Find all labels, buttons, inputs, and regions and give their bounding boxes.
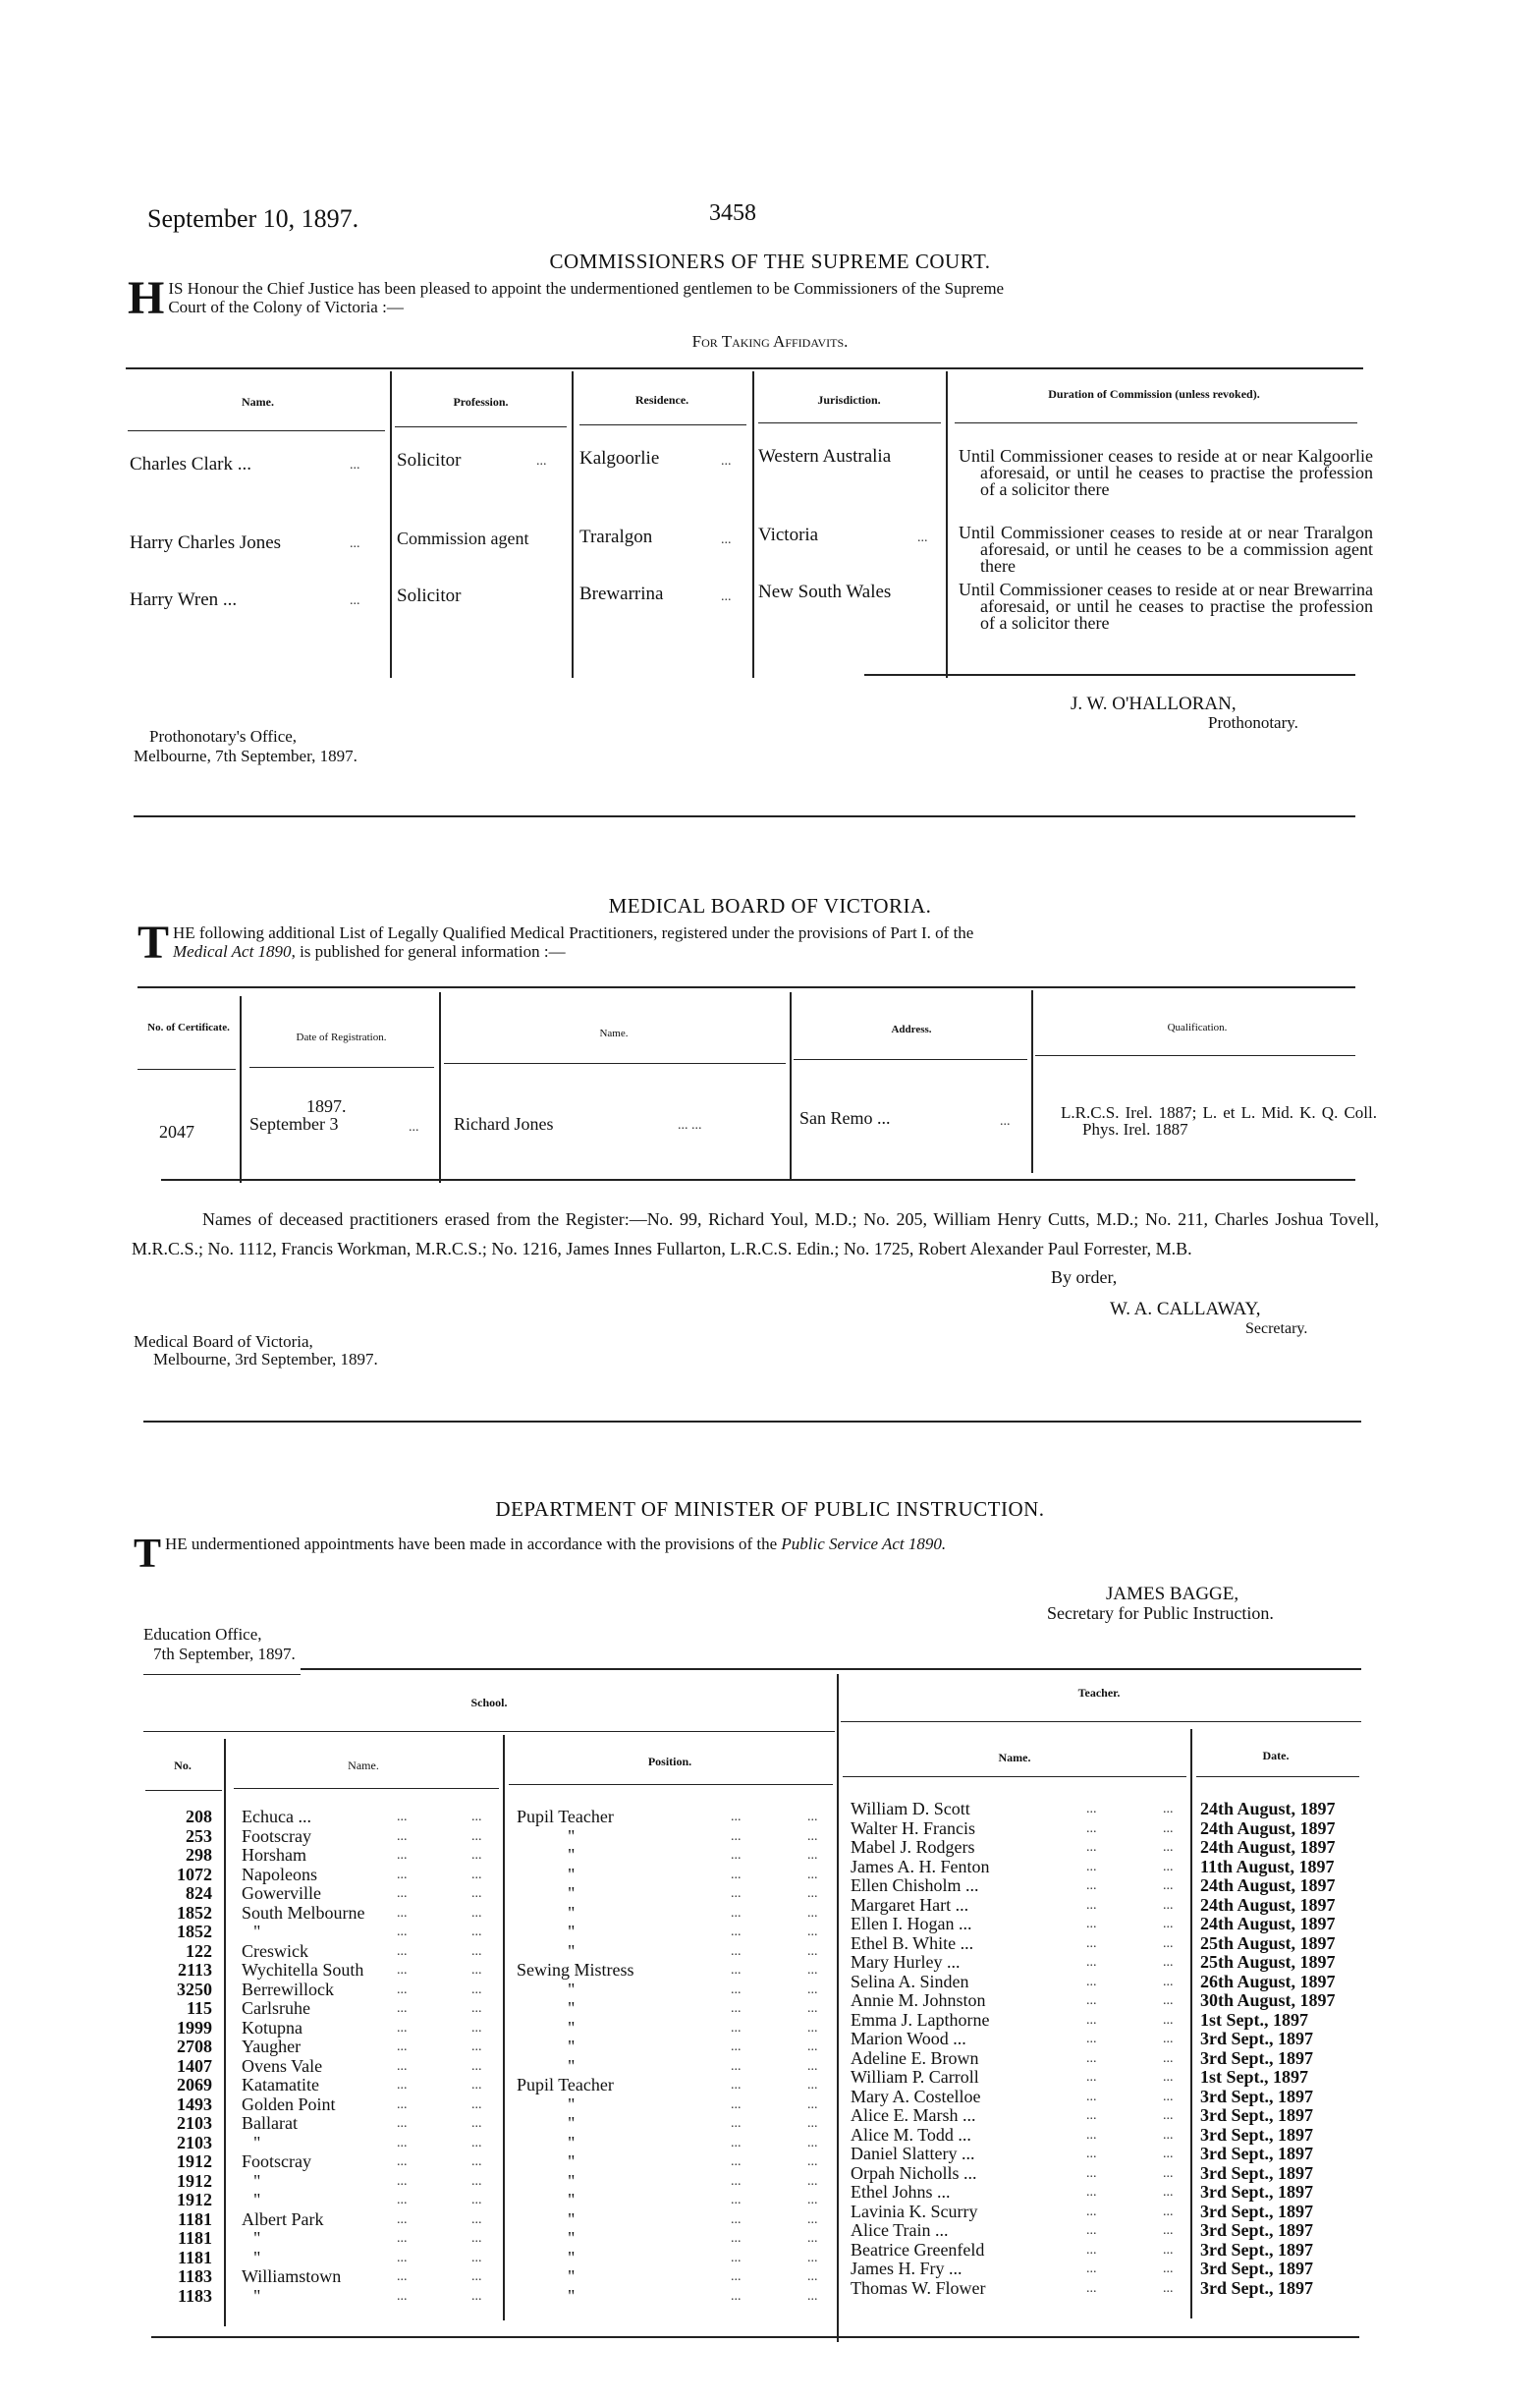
leader-dots: ... bbox=[471, 2229, 482, 2249]
intro-line: Court of the Colony of Victoria :— bbox=[128, 298, 1365, 316]
leader-dots: ... bbox=[397, 2152, 408, 2172]
date-cell: 3rd Sept., 1897 bbox=[1200, 2049, 1313, 2069]
leader-dots: ... bbox=[471, 1923, 482, 1942]
leader-dots: ... bbox=[807, 1884, 818, 1904]
school-number-cell: 1181 bbox=[143, 2249, 212, 2268]
leader-dots: ... bbox=[731, 2287, 742, 2307]
leader-dots: ... bbox=[397, 2019, 408, 2038]
school-number-cell: 122 bbox=[143, 1942, 212, 1962]
column-header: Profession. bbox=[392, 395, 570, 410]
leader-dots: ... bbox=[1086, 1876, 1097, 1896]
date-cell: 24th August, 1897 bbox=[1200, 1800, 1336, 1819]
school-name-cell: Williamstown bbox=[242, 2267, 341, 2287]
intro-line: HE following additional List of Legally … bbox=[137, 923, 1375, 942]
column-header: Name. bbox=[226, 1759, 501, 1773]
office-address: Prothonotary's Office, bbox=[149, 727, 297, 747]
teacher-name-cell: Ethel B. White ... bbox=[851, 1934, 973, 1954]
school-number-cell: 298 bbox=[143, 1846, 212, 1866]
group-header-teacher: Teacher. bbox=[839, 1686, 1359, 1701]
position-cell: " bbox=[568, 1981, 575, 2000]
date-cell: 3rd Sept., 1897 bbox=[1200, 2106, 1313, 2126]
position-cell: " bbox=[568, 2267, 575, 2287]
leader-dots: ... bbox=[807, 2229, 818, 2249]
leader-dots: ... bbox=[1163, 2221, 1174, 2241]
leader-dots: ... bbox=[1086, 1915, 1097, 1934]
name-cell: Richard Jones bbox=[454, 1114, 553, 1135]
section-title: COMMISSIONERS OF THE SUPREME COURT. bbox=[0, 250, 1540, 274]
teacher-name-cell: Ellen I. Hogan ... bbox=[851, 1915, 971, 1934]
section-subtitle: For Taking Affidavits. bbox=[0, 332, 1540, 352]
leader-dots: ... bbox=[807, 1866, 818, 1885]
leader-dots: ... bbox=[731, 1827, 742, 1847]
leader-dots: ... bbox=[1086, 2049, 1097, 2069]
signatory-title: Secretary for Public Instruction. bbox=[1047, 1603, 1274, 1624]
qualification-cell: L.R.C.S. Irel. 1887; L. et L. Mid. K. Q.… bbox=[1061, 1104, 1377, 1138]
school-name-cell: " bbox=[253, 2287, 260, 2307]
teacher-name-cell: Alice Train ... bbox=[851, 2221, 949, 2241]
leader-dots: ... bbox=[471, 2038, 482, 2057]
column-header: Duration of Commission (unless revoked). bbox=[948, 387, 1360, 402]
school-name-cell: South Melbourne bbox=[242, 1904, 365, 1924]
school-number-cell: 1912 bbox=[143, 2191, 212, 2210]
leader-dots: ... bbox=[471, 2267, 482, 2287]
column-header: Name. bbox=[128, 395, 388, 410]
position-cell: Sewing Mistress bbox=[517, 1961, 634, 1981]
leader-dots: ... bbox=[731, 1846, 742, 1866]
school-name-cell: Gowerville bbox=[242, 1884, 321, 1904]
office-date: 7th September, 1897. bbox=[153, 1645, 296, 1664]
leader-dots: ... bbox=[731, 1961, 742, 1981]
school-name-cell: Footscray bbox=[242, 2152, 311, 2172]
school-number-cell: 1183 bbox=[143, 2287, 212, 2307]
intro-text: , is published for general information :… bbox=[292, 942, 566, 961]
leader-dots: ... bbox=[397, 2172, 408, 2192]
teacher-name-cell: Selina A. Sinden bbox=[851, 1973, 969, 1992]
teacher-name-cell: Alice E. Marsh ... bbox=[851, 2106, 975, 2126]
leader-dots: ... bbox=[397, 2114, 408, 2134]
school-number-cell: 2103 bbox=[143, 2114, 212, 2134]
leader-dots: ... bbox=[471, 1999, 482, 2019]
leader-dots: ... bbox=[731, 2134, 742, 2153]
leader-dots: ... bbox=[1086, 2221, 1097, 2241]
leader-dots: ... bbox=[1163, 2126, 1174, 2146]
leader-dots: ... bbox=[807, 2172, 818, 2192]
leader-dots: ... bbox=[1163, 1800, 1174, 1819]
position-cell: " bbox=[568, 2134, 575, 2153]
deceased-note: Names of deceased practitioners erased f… bbox=[132, 1204, 1379, 1263]
leader-dots: ... bbox=[350, 536, 360, 552]
leader-dots: ... bbox=[397, 2210, 408, 2230]
leader-dots: ... bbox=[1086, 2126, 1097, 2146]
by-order: By order, bbox=[1051, 1267, 1117, 1288]
column-header: Date. bbox=[1192, 1749, 1359, 1763]
date-cell: 3rd Sept., 1897 bbox=[1200, 2260, 1313, 2279]
drop-cap: T bbox=[137, 923, 169, 963]
office-date: Melbourne, 7th September, 1897. bbox=[134, 747, 357, 766]
duration-cell: Until Commissioner ceases to reside at o… bbox=[959, 448, 1373, 498]
school-name-cell: Katamatite bbox=[242, 2076, 319, 2095]
office-date: Melbourne, 3rd September, 1897. bbox=[153, 1350, 378, 1369]
leader-dots: ... bbox=[397, 1827, 408, 1847]
leader-dots: ... bbox=[1163, 2106, 1174, 2126]
position-cell: " bbox=[568, 2249, 575, 2268]
date-cell: 3rd Sept., 1897 bbox=[1200, 2030, 1313, 2049]
date-cell: 30th August, 1897 bbox=[1200, 1991, 1336, 2011]
leader-dots: ... bbox=[721, 532, 732, 548]
leader-dots: ... bbox=[471, 2152, 482, 2172]
school-name-cell: " bbox=[253, 2134, 260, 2153]
leader-dots: ... bbox=[721, 589, 732, 605]
residence-cell: Brewarrina bbox=[579, 584, 663, 605]
leader-dots: ... bbox=[731, 2057, 742, 2077]
section-intro: H IS Honour the Chief Justice has been p… bbox=[128, 279, 1365, 318]
leader-dots: ... bbox=[731, 2267, 742, 2287]
school-number-cell: 2113 bbox=[143, 1961, 212, 1981]
column-header: Date of Registration. bbox=[246, 1032, 437, 1043]
date-cell: 24th August, 1897 bbox=[1200, 1896, 1336, 1916]
teacher-name-cell: Annie M. Johnston bbox=[851, 1991, 986, 2011]
signatory-title: Prothonotary. bbox=[1208, 713, 1298, 733]
position-cell: " bbox=[568, 2057, 575, 2077]
teacher-name-cell: Walter H. Francis bbox=[851, 1819, 975, 1839]
teacher-name-cell: Daniel Slattery ... bbox=[851, 2145, 974, 2164]
school-number-cell: 2708 bbox=[143, 2038, 212, 2057]
teacher-name-cell: Lavinia K. Scurry bbox=[851, 2203, 977, 2222]
column-header: Name. bbox=[841, 1751, 1188, 1765]
position-cell: " bbox=[568, 2114, 575, 2134]
position-cell: " bbox=[568, 2152, 575, 2172]
leader-dots: ... bbox=[536, 454, 547, 470]
teacher-name-cell: William D. Scott bbox=[851, 1800, 970, 1819]
position-cell: " bbox=[568, 1999, 575, 2019]
school-number-cell: 824 bbox=[143, 1884, 212, 1904]
teacher-name-cell: Thomas W. Flower bbox=[851, 2279, 986, 2299]
school-number-cell: 1852 bbox=[143, 1904, 212, 1924]
leader-dots: ... bbox=[731, 2076, 742, 2095]
date-cell: 1st Sept., 1897 bbox=[1200, 2068, 1308, 2088]
school-number-cell: 1999 bbox=[143, 2019, 212, 2038]
section-title: DEPARTMENT OF MINISTER OF PUBLIC INSTRUC… bbox=[0, 1497, 1540, 1522]
leader-dots: ... bbox=[1163, 2241, 1174, 2261]
position-cell: " bbox=[568, 2095, 575, 2115]
leader-dots: ... bbox=[731, 2095, 742, 2115]
office-address: Medical Board of Victoria, bbox=[134, 1332, 313, 1352]
leader-dots: ... bbox=[350, 593, 360, 609]
leader-dots: ... bbox=[397, 1808, 408, 1827]
leader-dots: ... ... bbox=[678, 1118, 702, 1134]
school-name-cell: Footscray bbox=[242, 1827, 311, 1847]
leader-dots: ... bbox=[731, 1808, 742, 1827]
leader-dots: ... bbox=[807, 2019, 818, 2038]
school-number-cell: 1072 bbox=[143, 1866, 212, 1885]
leader-dots: ... bbox=[471, 1961, 482, 1981]
school-name-cell: Carlsruhe bbox=[242, 1999, 310, 2019]
position-cell: Pupil Teacher bbox=[517, 2076, 614, 2095]
leader-dots: ... bbox=[1086, 2068, 1097, 2088]
teacher-name-cell: Mary Hurley ... bbox=[851, 1953, 960, 1973]
leader-dots: ... bbox=[807, 1846, 818, 1866]
school-number-cell: 1181 bbox=[143, 2229, 212, 2249]
jurisdiction-cell: New South Wales bbox=[758, 582, 891, 603]
leader-dots: ... bbox=[807, 2038, 818, 2057]
leader-dots: ... bbox=[1086, 2279, 1097, 2299]
intro-text: HE undermentioned appointments have been… bbox=[165, 1535, 781, 1553]
date-cell: 3rd Sept., 1897 bbox=[1200, 2221, 1313, 2241]
leader-dots: ... bbox=[807, 2134, 818, 2153]
leader-dots: ... bbox=[1086, 2183, 1097, 2203]
date-cell: 25th August, 1897 bbox=[1200, 1934, 1336, 1954]
name-cell: Harry Charles Jones bbox=[130, 532, 281, 554]
school-number-cell: 2069 bbox=[143, 2076, 212, 2095]
school-name-cell: Echuca ... bbox=[242, 1808, 311, 1827]
page-number: 3458 bbox=[709, 200, 756, 227]
position-cell: " bbox=[568, 2287, 575, 2307]
leader-dots: ... bbox=[471, 1904, 482, 1924]
school-number-cell: 1852 bbox=[143, 1923, 212, 1942]
leader-dots: ... bbox=[471, 1866, 482, 1885]
date-cell: 3rd Sept., 1897 bbox=[1200, 2279, 1313, 2299]
leader-dots: ... bbox=[917, 530, 928, 546]
leader-dots: ... bbox=[807, 2057, 818, 2077]
date-cell: 24th August, 1897 bbox=[1200, 1838, 1336, 1858]
date-cell: 3rd Sept., 1897 bbox=[1200, 2164, 1313, 2184]
teacher-name-cell: Ellen Chisholm ... bbox=[851, 1876, 979, 1896]
leader-dots: ... bbox=[1086, 1858, 1097, 1877]
school-name-cell: " bbox=[253, 2229, 260, 2249]
leader-dots: ... bbox=[1163, 1915, 1174, 1934]
leader-dots: ... bbox=[731, 1923, 742, 1942]
leader-dots: ... bbox=[397, 2095, 408, 2115]
leader-dots: ... bbox=[807, 2152, 818, 2172]
leader-dots: ... bbox=[1086, 2106, 1097, 2126]
section-intro: T HE following additional List of Legall… bbox=[137, 923, 1375, 963]
leader-dots: ... bbox=[471, 2095, 482, 2115]
leader-dots: ... bbox=[350, 458, 360, 474]
position-cell: " bbox=[568, 1904, 575, 1924]
date-cell: 3rd Sept., 1897 bbox=[1200, 2126, 1313, 2146]
date-cell: 11th August, 1897 bbox=[1200, 1858, 1335, 1877]
section-title: MEDICAL BOARD OF VICTORIA. bbox=[0, 894, 1540, 919]
column-header: Qualification. bbox=[1035, 1022, 1359, 1033]
name-cell: Harry Wren ... bbox=[130, 589, 237, 611]
leader-dots: ... bbox=[397, 2229, 408, 2249]
name-cell: Charles Clark ... bbox=[130, 454, 251, 475]
leader-dots: ... bbox=[471, 1808, 482, 1827]
teacher-name-cell: Adeline E. Brown bbox=[851, 2049, 978, 2069]
leader-dots: ... bbox=[1086, 1991, 1097, 2011]
position-cell: " bbox=[568, 1866, 575, 1885]
position-cell: " bbox=[568, 1827, 575, 1847]
school-name-cell: " bbox=[253, 2172, 260, 2192]
teacher-name-cell: William P. Carroll bbox=[851, 2068, 979, 2088]
leader-dots: ... bbox=[1086, 2260, 1097, 2279]
position-cell: " bbox=[568, 2172, 575, 2192]
drop-cap: H bbox=[128, 279, 164, 318]
leader-dots: ... bbox=[731, 2191, 742, 2210]
residence-cell: Traralgon bbox=[579, 527, 652, 548]
teacher-name-cell: Mary A. Costelloe bbox=[851, 2088, 981, 2107]
leader-dots: ... bbox=[721, 454, 732, 470]
intro-line: Medical Act 1890, is published for gener… bbox=[137, 942, 1375, 961]
teacher-name-cell: James A. H. Fenton bbox=[851, 1858, 990, 1877]
leader-dots: ... bbox=[1163, 2011, 1174, 2031]
leader-dots: ... bbox=[1086, 1896, 1097, 1916]
leader-dots: ... bbox=[807, 1961, 818, 1981]
section-divider bbox=[143, 1421, 1361, 1423]
leader-dots: ... bbox=[1163, 1876, 1174, 1896]
leader-dots: ... bbox=[1163, 1953, 1174, 1973]
leader-dots: ... bbox=[1163, 2260, 1174, 2279]
leader-dots: ... bbox=[1163, 2145, 1174, 2164]
leader-dots: ... bbox=[471, 1884, 482, 1904]
position-cell: " bbox=[568, 2229, 575, 2249]
school-number-cell: 1912 bbox=[143, 2152, 212, 2172]
school-number-cell: 115 bbox=[143, 1999, 212, 2019]
duration-cell: Until Commissioner ceases to reside at o… bbox=[959, 525, 1373, 575]
leader-dots: ... bbox=[807, 2076, 818, 2095]
leader-dots: ... bbox=[1163, 2203, 1174, 2222]
address-cell: San Remo ... bbox=[799, 1108, 891, 1129]
position-cell: " bbox=[568, 1884, 575, 1904]
leader-dots: ... bbox=[471, 1942, 482, 1962]
column-header: Address. bbox=[794, 1024, 1029, 1035]
leader-dots: ... bbox=[397, 1942, 408, 1962]
leader-dots: ... bbox=[807, 2249, 818, 2268]
position-cell: " bbox=[568, 2191, 575, 2210]
school-name-cell: Golden Point bbox=[242, 2095, 336, 2115]
leader-dots: ... bbox=[731, 2229, 742, 2249]
position-cell: " bbox=[568, 1846, 575, 1866]
date-cell: 24th August, 1897 bbox=[1200, 1819, 1336, 1839]
date-cell: 25th August, 1897 bbox=[1200, 1953, 1336, 1973]
act-name: Public Service Act 1890. bbox=[781, 1535, 946, 1553]
position-cell: " bbox=[568, 1942, 575, 1962]
date-cell: September 3 bbox=[249, 1114, 338, 1135]
profession-cell: Solicitor bbox=[397, 450, 461, 472]
leader-dots: ... bbox=[471, 2076, 482, 2095]
date-cell: 3rd Sept., 1897 bbox=[1200, 2145, 1313, 2164]
leader-dots: ... bbox=[397, 1884, 408, 1904]
date-cell: 1st Sept., 1897 bbox=[1200, 2011, 1308, 2031]
position-cell: " bbox=[568, 2038, 575, 2057]
column-header: Name. bbox=[442, 1028, 786, 1039]
leader-dots: ... bbox=[731, 1981, 742, 2000]
position-cell: " bbox=[568, 2019, 575, 2038]
leader-dots: ... bbox=[731, 2114, 742, 2134]
school-name-cell: " bbox=[253, 2191, 260, 2210]
leader-dots: ... bbox=[471, 2210, 482, 2230]
leader-dots: ... bbox=[397, 1866, 408, 1885]
gazette-date: September 10, 1897. bbox=[147, 204, 358, 234]
jurisdiction-cell: Western Australia bbox=[758, 446, 891, 468]
jurisdiction-cell: Victoria bbox=[758, 525, 818, 546]
leader-dots: ... bbox=[1000, 1114, 1011, 1130]
leader-dots: ... bbox=[397, 1923, 408, 1942]
date-cell: 24th August, 1897 bbox=[1200, 1876, 1336, 1896]
leader-dots: ... bbox=[731, 1942, 742, 1962]
group-header-school: School. bbox=[143, 1696, 835, 1710]
certificate-cell: 2047 bbox=[159, 1122, 194, 1143]
school-number-cell: 1493 bbox=[143, 2095, 212, 2115]
leader-dots: ... bbox=[1086, 1953, 1097, 1973]
school-number-cell: 1407 bbox=[143, 2057, 212, 2077]
leader-dots: ... bbox=[397, 2191, 408, 2210]
leader-dots: ... bbox=[1086, 1973, 1097, 1992]
teacher-name-cell: Emma J. Lapthorne bbox=[851, 2011, 989, 2031]
leader-dots: ... bbox=[397, 1846, 408, 1866]
leader-dots: ... bbox=[397, 2267, 408, 2287]
school-number-cell: 208 bbox=[143, 1808, 212, 1827]
school-name-cell: Napoleons bbox=[242, 1866, 317, 1885]
signatory-title: Secretary. bbox=[1245, 1320, 1307, 1338]
column-header: Position. bbox=[505, 1755, 835, 1769]
date-cell: 24th August, 1897 bbox=[1200, 1915, 1336, 1934]
teacher-name-cell: Margaret Hart ... bbox=[851, 1896, 968, 1916]
school-name-cell: Wychitella South bbox=[242, 1961, 363, 1981]
leader-dots: ... bbox=[1163, 1838, 1174, 1858]
drop-cap: T bbox=[134, 1535, 161, 1574]
leader-dots: ... bbox=[1163, 1896, 1174, 1916]
date-cell: 3rd Sept., 1897 bbox=[1200, 2183, 1313, 2203]
section-divider bbox=[134, 815, 1355, 817]
leader-dots: ... bbox=[471, 2057, 482, 2077]
teacher-name-cell: Marion Wood ... bbox=[851, 2030, 966, 2049]
leader-dots: ... bbox=[1086, 2203, 1097, 2222]
leader-dots: ... bbox=[397, 2249, 408, 2268]
leader-dots: ... bbox=[1163, 2049, 1174, 2069]
column-header: No. bbox=[143, 1759, 222, 1773]
school-name-cell: " bbox=[253, 1923, 260, 1942]
leader-dots: ... bbox=[1086, 1819, 1097, 1839]
leader-dots: ... bbox=[731, 2019, 742, 2038]
column-header: Jurisdiction. bbox=[754, 393, 944, 408]
leader-dots: ... bbox=[397, 1961, 408, 1981]
leader-dots: ... bbox=[397, 2287, 408, 2307]
leader-dots: ... bbox=[1163, 1991, 1174, 2011]
leader-dots: ... bbox=[409, 1120, 419, 1136]
leader-dots: ... bbox=[471, 2249, 482, 2268]
school-name-cell: Berrewillock bbox=[242, 1981, 334, 2000]
school-name-cell: Creswick bbox=[242, 1942, 308, 1962]
school-name-cell: Horsham bbox=[242, 1846, 306, 1866]
teacher-name-cell: Orpah Nicholls ... bbox=[851, 2164, 976, 2184]
leader-dots: ... bbox=[1163, 2088, 1174, 2107]
school-name-cell: Albert Park bbox=[242, 2210, 323, 2230]
position-cell: " bbox=[568, 1923, 575, 1942]
school-number-cell: 3250 bbox=[143, 1981, 212, 2000]
signatory-name: J. W. O'HALLORAN, bbox=[1071, 694, 1237, 715]
leader-dots: ... bbox=[731, 2038, 742, 2057]
leader-dots: ... bbox=[471, 1827, 482, 1847]
school-name-cell: Kotupna bbox=[242, 2019, 302, 2038]
leader-dots: ... bbox=[1163, 2164, 1174, 2184]
leader-dots: ... bbox=[397, 2038, 408, 2057]
leader-dots: ... bbox=[807, 2191, 818, 2210]
leader-dots: ... bbox=[1163, 2030, 1174, 2049]
date-cell: 26th August, 1897 bbox=[1200, 1973, 1336, 1992]
leader-dots: ... bbox=[1163, 1934, 1174, 1954]
act-name: Medical Act 1890 bbox=[173, 942, 292, 961]
leader-dots: ... bbox=[1086, 2030, 1097, 2049]
leader-dots: ... bbox=[471, 1981, 482, 2000]
leader-dots: ... bbox=[1086, 2088, 1097, 2107]
leader-dots: ... bbox=[807, 2210, 818, 2230]
position-cell: " bbox=[568, 2210, 575, 2230]
leader-dots: ... bbox=[397, 2134, 408, 2153]
leader-dots: ... bbox=[807, 2267, 818, 2287]
leader-dots: ... bbox=[807, 2287, 818, 2307]
date-cell: 3rd Sept., 1897 bbox=[1200, 2088, 1313, 2107]
